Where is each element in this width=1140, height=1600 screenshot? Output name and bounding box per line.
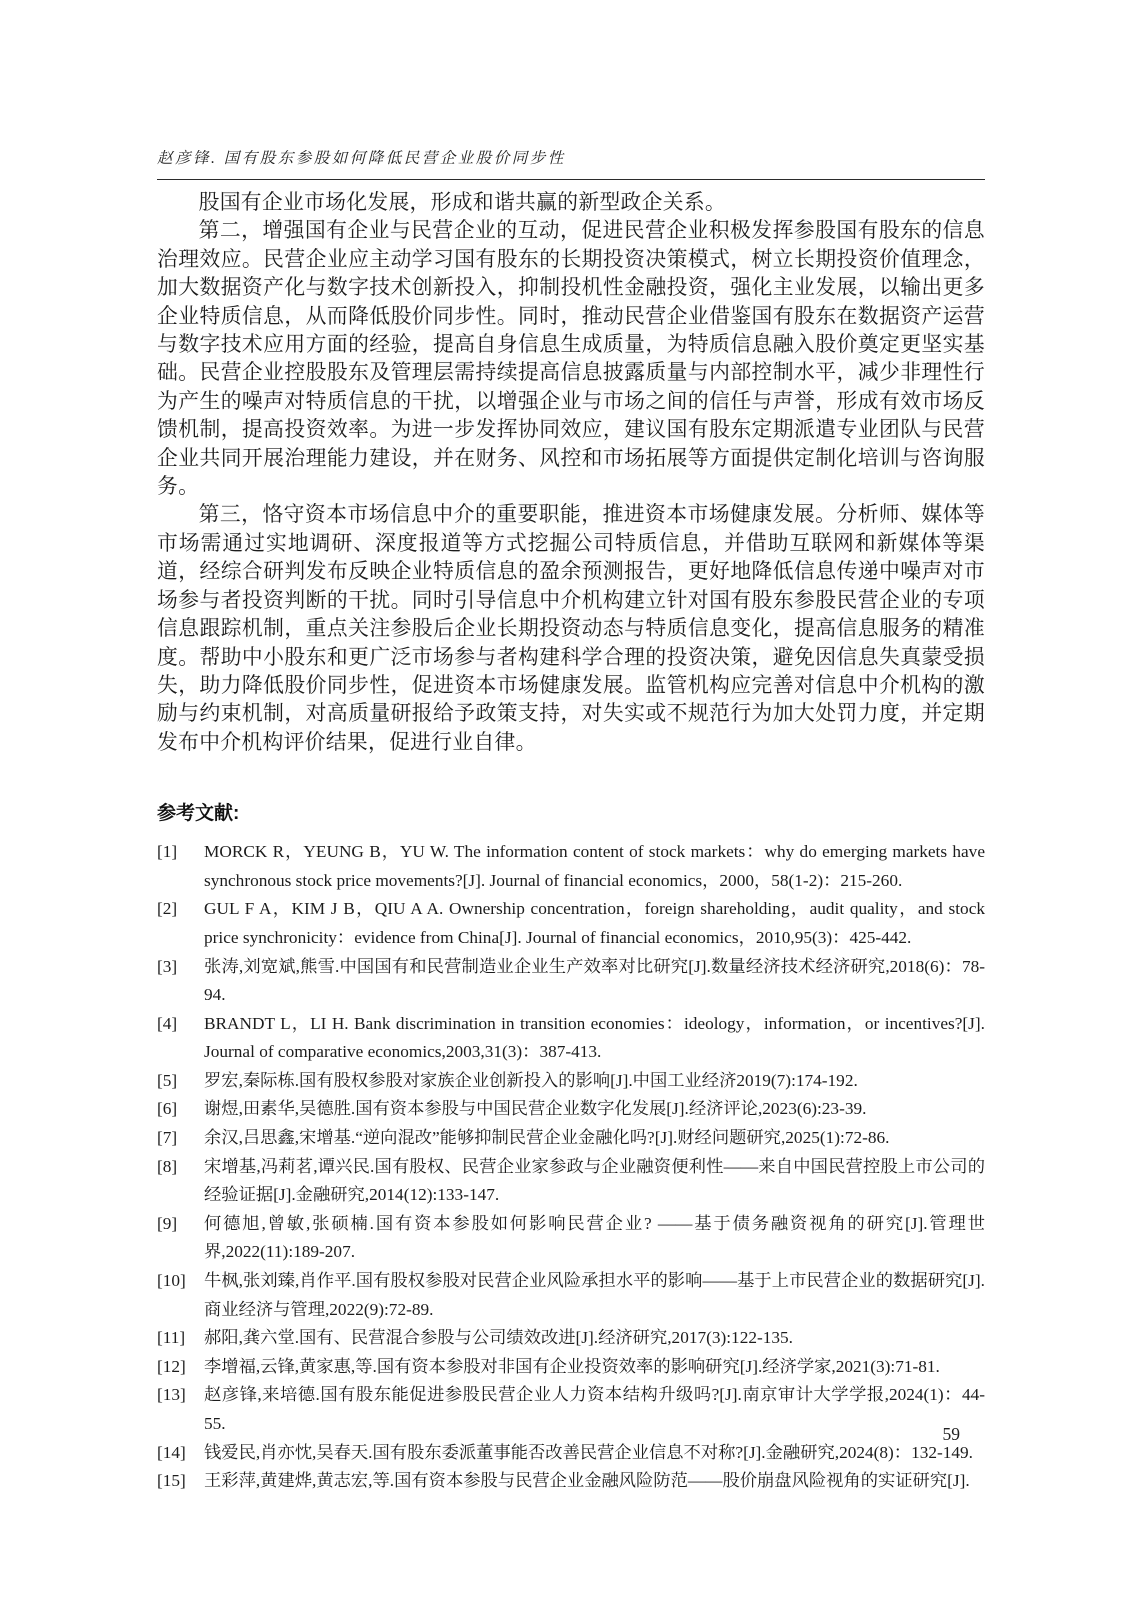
- reference-item: [7] 余汉,吕思鑫,宋增基.“逆向混改”能够抑制民营企业金融化吗?[J].财经…: [157, 1124, 985, 1153]
- body-paragraph: 股国有企业市场化发展，形成和谐共赢的新型政企关系。: [157, 189, 985, 217]
- reference-item: [12] 李增福,云锋,黄家惠,等.国有资本参股对非国有企业投资效率的影响研究[…: [157, 1353, 985, 1382]
- reference-text: 宋增基,冯莉茗,谭兴民.国有股权、民营企业家参政与企业融资便利性——来自中国民营…: [204, 1153, 985, 1210]
- reference-label: [4]: [157, 1010, 204, 1067]
- reference-label: [10]: [157, 1267, 204, 1324]
- reference-item: [8] 宋增基,冯莉茗,谭兴民.国有股权、民营企业家参政与企业融资便利性——来自…: [157, 1153, 985, 1210]
- reference-item: [15] 王彩萍,黄建烨,黄志宏,等.国有资本参股与民营企业金融风险防范——股价…: [157, 1467, 985, 1496]
- body-paragraph: 第三，恪守资本市场信息中介的重要职能，推进资本市场健康发展。分析师、媒体等市场需…: [157, 501, 985, 757]
- reference-text: 王彩萍,黄建烨,黄志宏,等.国有资本参股与民营企业金融风险防范——股价崩盘风险视…: [204, 1467, 985, 1496]
- reference-item: [14] 钱爱民,肖亦忱,吴春天.国有股东委派董事能否改善民营企业信息不对称?[…: [157, 1439, 985, 1468]
- reference-text: 罗宏,秦际栋.国有股权参股对家族企业创新投入的影响[J].中国工业经济2019(…: [204, 1067, 985, 1096]
- reference-item: [5] 罗宏,秦际栋.国有股权参股对家族企业创新投入的影响[J].中国工业经济2…: [157, 1067, 985, 1096]
- reference-label: [5]: [157, 1067, 204, 1096]
- reference-label: [11]: [157, 1324, 204, 1353]
- reference-item: [3] 张涛,刘宽斌,熊雪.中国国有和民营制造业企业生产效率对比研究[J].数量…: [157, 953, 985, 1010]
- reference-label: [9]: [157, 1210, 204, 1267]
- page-number: 59: [943, 1424, 961, 1445]
- reference-label: [3]: [157, 953, 204, 1010]
- reference-item: [4] BRANDT L，LI H. Bank discrimination i…: [157, 1010, 985, 1067]
- references-list: [1] MORCK R，YEUNG B，YU W. The informatio…: [157, 838, 985, 1496]
- reference-label: [13]: [157, 1381, 204, 1438]
- reference-label: [15]: [157, 1467, 204, 1496]
- references-heading: 参考文献:: [157, 798, 985, 825]
- reference-item: [10] 牛枫,张刘臻,肖作平.国有股权参股对民营企业风险承担水平的影响——基于…: [157, 1267, 985, 1324]
- reference-text: 谢煜,田素华,吴德胜.国有资本参股与中国民营企业数字化发展[J].经济评论,20…: [204, 1095, 985, 1124]
- page-content: 赵彦锋. 国有股东参股如何降低民营企业股价同步性 股国有企业市场化发展，形成和谐…: [157, 146, 985, 1496]
- reference-text: MORCK R，YEUNG B，YU W. The information co…: [204, 838, 985, 895]
- paper-page: 赵彦锋. 国有股东参股如何降低民营企业股价同步性 股国有企业市场化发展，形成和谐…: [0, 0, 1140, 1600]
- reference-text: BRANDT L，LI H. Bank discrimination in tr…: [204, 1010, 985, 1067]
- reference-text: 郝阳,龚六堂.国有、民营混合参股与公司绩效改进[J].经济研究,2017(3):…: [204, 1324, 985, 1353]
- reference-item: [9] 何德旭,曾敏,张硕楠.国有资本参股如何影响民营企业? ——基于债务融资视…: [157, 1210, 985, 1267]
- reference-label: [2]: [157, 895, 204, 952]
- reference-label: [6]: [157, 1095, 204, 1124]
- reference-text: 钱爱民,肖亦忱,吴春天.国有股东委派董事能否改善民营企业信息不对称?[J].金融…: [204, 1439, 985, 1468]
- reference-item: [11] 郝阳,龚六堂.国有、民营混合参股与公司绩效改进[J].经济研究,201…: [157, 1324, 985, 1353]
- reference-text: 余汉,吕思鑫,宋增基.“逆向混改”能够抑制民营企业金融化吗?[J].财经问题研究…: [204, 1124, 985, 1153]
- reference-label: [8]: [157, 1153, 204, 1210]
- reference-item: [2] GUL F A，KIM J B，QIU A A. Ownership c…: [157, 895, 985, 952]
- reference-text: 牛枫,张刘臻,肖作平.国有股权参股对民营企业风险承担水平的影响——基于上市民营企…: [204, 1267, 985, 1324]
- reference-text: GUL F A，KIM J B，QIU A A. Ownership conce…: [204, 895, 985, 952]
- body-text: 股国有企业市场化发展，形成和谐共赢的新型政企关系。 第二，增强国有企业与民营企业…: [157, 189, 985, 757]
- reference-label: [12]: [157, 1353, 204, 1382]
- running-head: 赵彦锋. 国有股东参股如何降低民营企业股价同步性: [157, 146, 985, 180]
- reference-item: [1] MORCK R，YEUNG B，YU W. The informatio…: [157, 838, 985, 895]
- body-paragraph: 第二，增强国有企业与民营企业的互动，促进民营企业积极发挥参股国有股东的信息治理效…: [157, 217, 985, 501]
- reference-label: [7]: [157, 1124, 204, 1153]
- reference-text: 赵彦锋,来培德.国有股东能促进参股民营企业人力资本结构升级吗?[J].南京审计大…: [204, 1381, 985, 1438]
- reference-label: [1]: [157, 838, 204, 895]
- reference-text: 张涛,刘宽斌,熊雪.中国国有和民营制造业企业生产效率对比研究[J].数量经济技术…: [204, 953, 985, 1010]
- reference-item: [6] 谢煜,田素华,吴德胜.国有资本参股与中国民营企业数字化发展[J].经济评…: [157, 1095, 985, 1124]
- reference-text: 何德旭,曾敏,张硕楠.国有资本参股如何影响民营企业? ——基于债务融资视角的研究…: [204, 1210, 985, 1267]
- reference-item: [13] 赵彦锋,来培德.国有股东能促进参股民营企业人力资本结构升级吗?[J].…: [157, 1381, 985, 1438]
- reference-text: 李增福,云锋,黄家惠,等.国有资本参股对非国有企业投资效率的影响研究[J].经济…: [204, 1353, 985, 1382]
- reference-label: [14]: [157, 1439, 204, 1468]
